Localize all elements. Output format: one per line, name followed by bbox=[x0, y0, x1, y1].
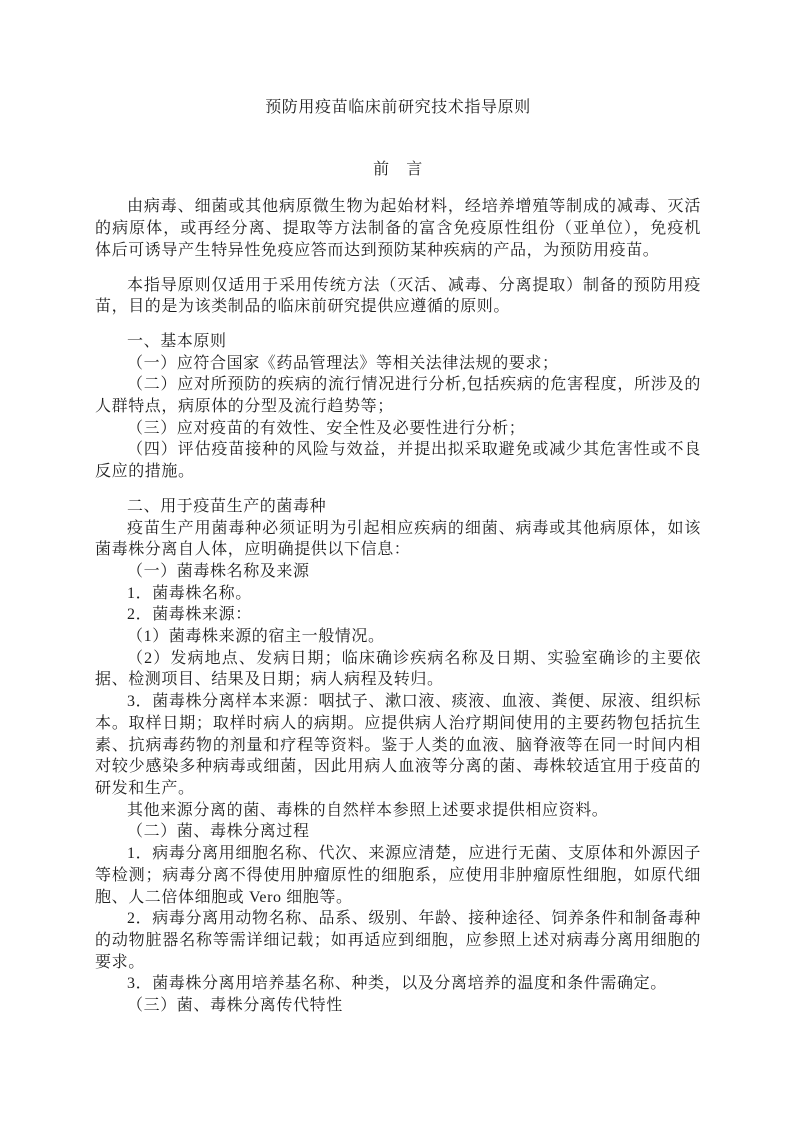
list-item-1-4: （四）评估疫苗接种的风险与效益，并提出拟采取避免或减少其危害性或不良反应的措施。 bbox=[95, 439, 701, 482]
document-body: 预防用疫苗临床前研究技术指导原则 前 言 由病毒、细菌或其他病原微生物为起始材料… bbox=[95, 97, 701, 1017]
list-item-2-2-1: 1．病毒分离用细胞名称、代次、来源应清楚，应进行无菌、支原体和外源因子等检测；病… bbox=[95, 843, 701, 908]
list-item-2-2-3: 3．菌毒株分离用培养基名称、种类，以及分离培养的温度和条件需确定。 bbox=[95, 973, 701, 995]
subsection-heading-2-1: （一）菌毒株名称及来源 bbox=[95, 561, 701, 583]
list-item-1-2: （二）应对所预防的疾病的流行情况进行分析,包括疾病的危害程度，所涉及的人群特点，… bbox=[95, 374, 701, 417]
list-item-2-1-1: 1．菌毒株名称。 bbox=[95, 583, 701, 605]
list-item-1-3: （三）应对疫苗的有效性、安全性及必要性进行分析； bbox=[95, 418, 701, 440]
subsection-heading-2-3: （三）菌、毒株分离传代特性 bbox=[95, 995, 701, 1017]
document-page: 预防用疫苗临床前研究技术指导原则 前 言 由病毒、细菌或其他病原微生物为起始材料… bbox=[0, 0, 793, 1122]
section-heading-1: 一、基本原则 bbox=[95, 331, 701, 353]
paragraph-scope: 本指导原则仅适用于采用传统方法（灭活、减毒、分离提取）制备的预防用疫苗，目的是为… bbox=[95, 275, 701, 318]
list-item-1-1: （一）应符合国家《药品管理法》等相关法律法规的要求； bbox=[95, 353, 701, 375]
preface-heading: 前 言 bbox=[95, 159, 701, 181]
list-item-2-1-2: 2．菌毒株来源： bbox=[95, 604, 701, 626]
list-item-2-2-2: 2．病毒分离用动物名称、品系、级别、年龄、接种途径、饲养条件和制备毒种的动物脏器… bbox=[95, 908, 701, 973]
list-item-2-1-3: 3．菌毒株分离样本来源：咽拭子、漱口液、痰液、血液、粪便、尿液、组织标本。取样日… bbox=[95, 691, 701, 800]
paragraph-section-2-intro: 疫苗生产用菌毒种必须证明为引起相应疾病的细菌、病毒或其他病原体，如该菌毒株分离自… bbox=[95, 518, 701, 561]
document-title: 预防用疫苗临床前研究技术指导原则 bbox=[95, 97, 701, 119]
paragraph-other-sources: 其他来源分离的菌、毒株的自然样本参照上述要求提供相应资料。 bbox=[95, 800, 701, 822]
list-item-2-1-2-1: （1）菌毒株来源的宿主一般情况。 bbox=[95, 626, 701, 648]
subsection-heading-2-2: （二）菌、毒株分离过程 bbox=[95, 821, 701, 843]
list-item-2-1-2-2: （2）发病地点、发病日期；临床确诊疾病名称及日期、实验室确诊的主要依据、检测项目… bbox=[95, 648, 701, 691]
paragraph-intro: 由病毒、细菌或其他病原微生物为起始材料，经培养增殖等制成的减毒、灭活的病原体，或… bbox=[95, 196, 701, 261]
section-heading-2: 二、用于疫苗生产的菌毒种 bbox=[95, 496, 701, 518]
